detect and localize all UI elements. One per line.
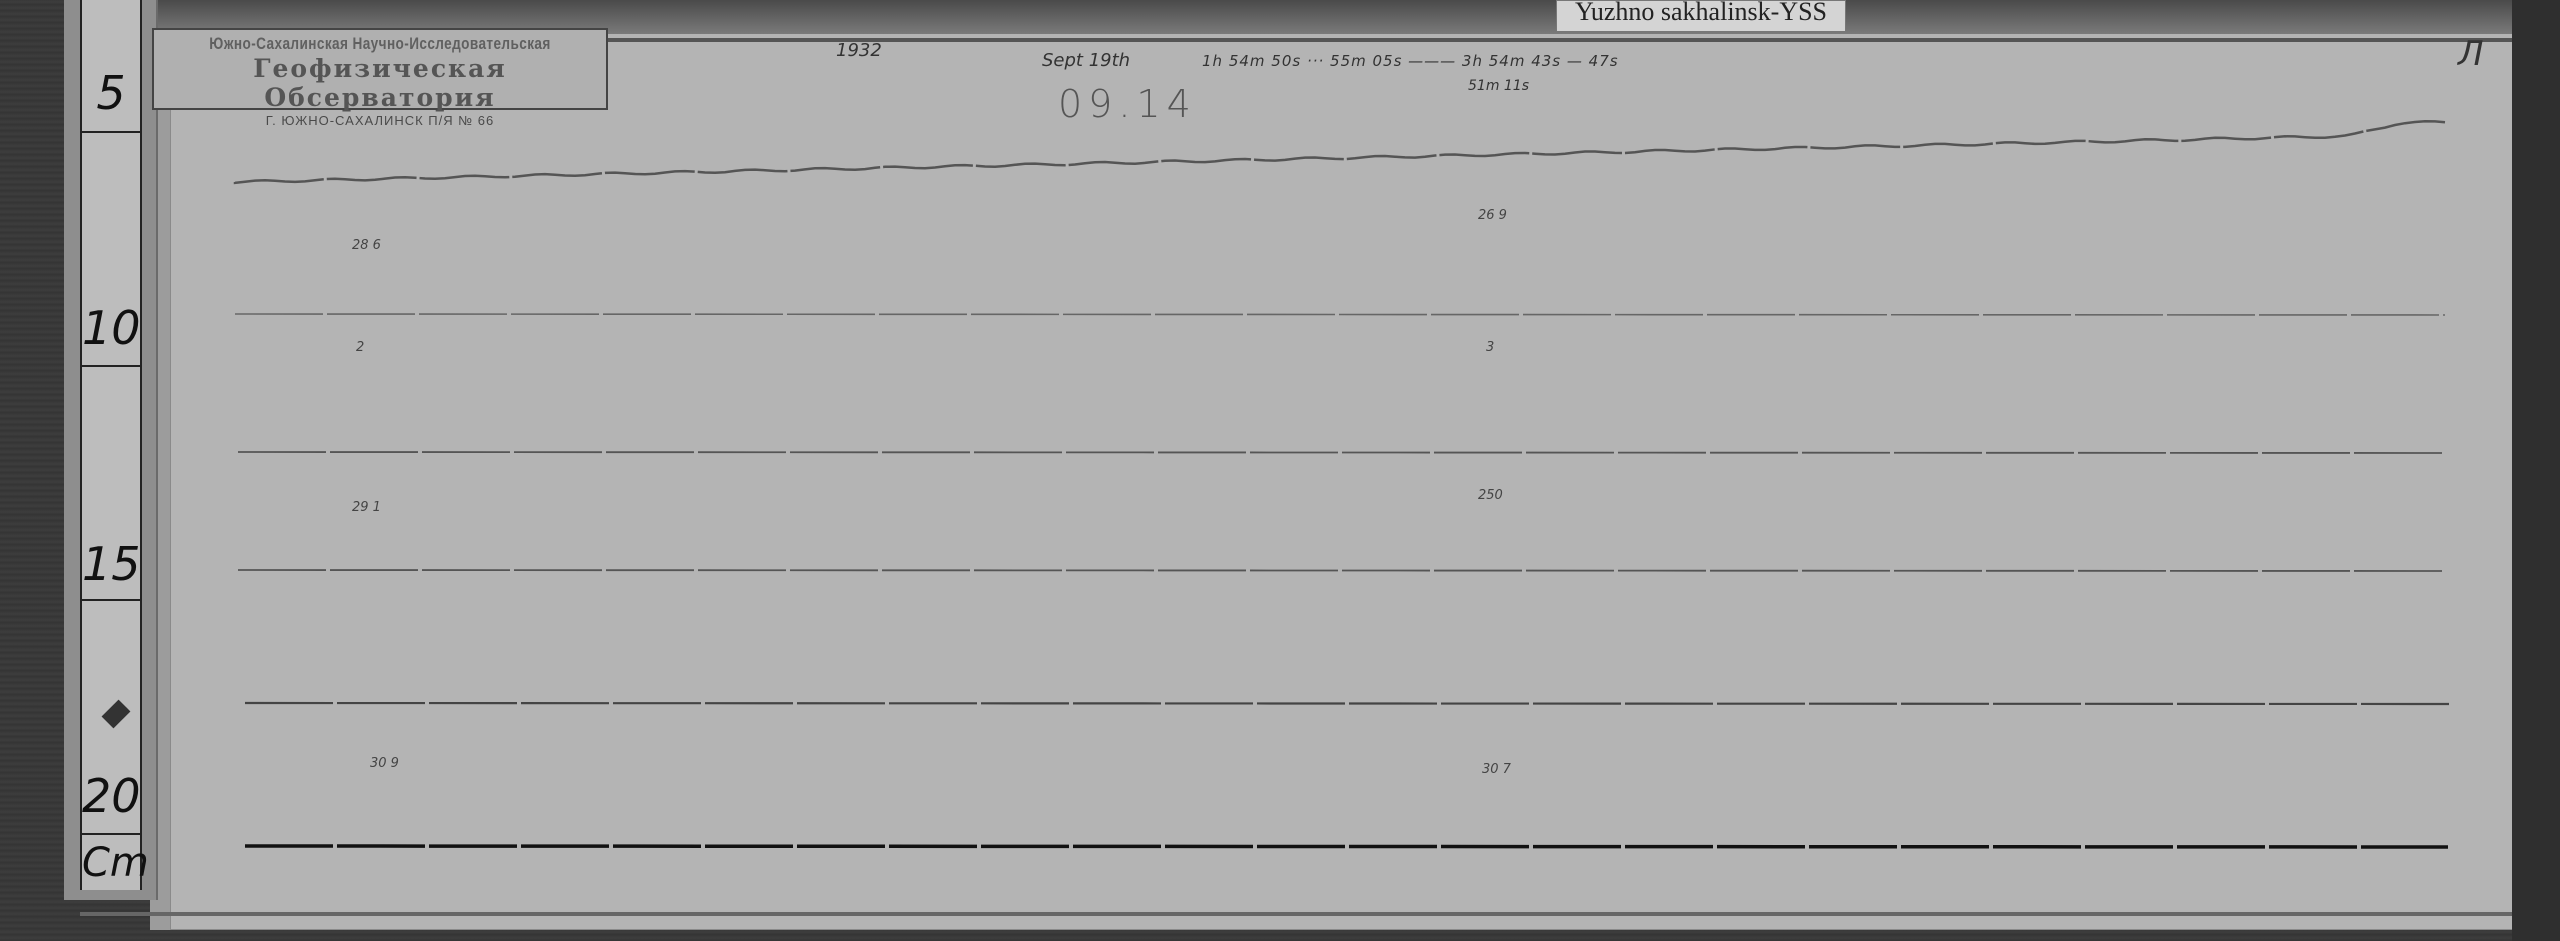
trace-line [245, 703, 2450, 704]
trace-line [245, 846, 2448, 847]
trace-line [238, 452, 2445, 453]
trace-line [235, 314, 2445, 315]
seismogram-traces [0, 0, 2560, 941]
trace-line [238, 570, 2445, 571]
trace-line [235, 121, 2445, 183]
